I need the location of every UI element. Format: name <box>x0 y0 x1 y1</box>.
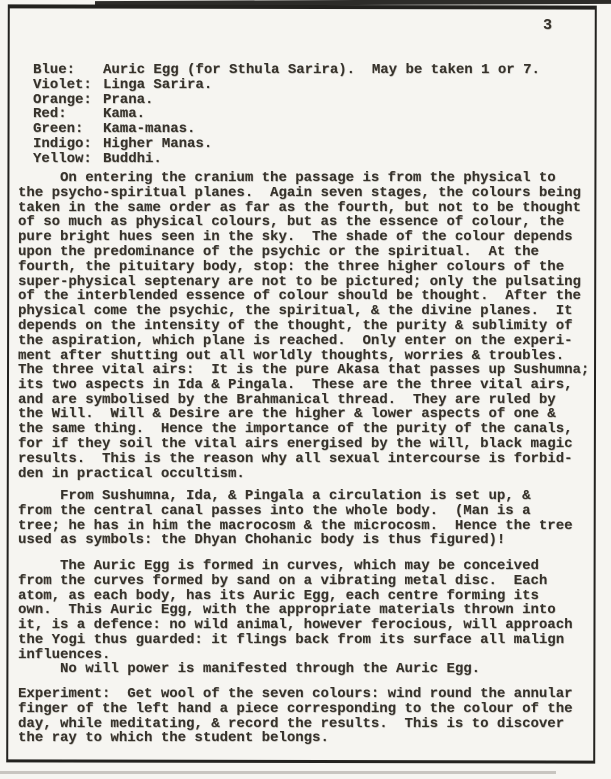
paragraph-cranium-passage: On entering the cranium the passage is f… <box>18 171 581 363</box>
color-key-row: Green:Kama-manas. <box>18 122 540 137</box>
color-key-row: Blue:Auric Egg (for Sthula Sarira). May … <box>18 63 540 78</box>
color-key-row: Indigo:Higher Manas. <box>18 137 540 152</box>
color-key-list: Blue:Auric Egg (for Sthula Sarira). May … <box>18 63 540 167</box>
color-key-row: Violet:Linga Sarira. <box>18 78 540 93</box>
color-key-row: Yellow:Buddhi. <box>18 152 540 167</box>
color-key-value: Auric Egg (for Sthula Sarira). May be ta… <box>103 63 540 78</box>
color-key-label: Green: <box>33 122 103 137</box>
paragraph-experiment: Experiment: Get wool of the seven colour… <box>18 687 573 746</box>
color-key-label: Violet: <box>33 78 103 93</box>
color-key-row: Orange:Prana. <box>18 93 540 108</box>
paragraph-three-vital-airs: The three vital airs: It is the pure Aka… <box>18 363 589 481</box>
color-key-value: Kama. <box>103 107 145 122</box>
color-key-value: Kama-manas. <box>103 122 195 137</box>
color-key-label: Indigo: <box>33 137 103 152</box>
color-key-value: Buddhi. <box>103 152 162 167</box>
scanned-page: 3 Blue:Auric Egg (for Sthula Sarira). Ma… <box>0 0 611 779</box>
color-key-row: Red:Kama. <box>18 107 540 122</box>
page-number: 3 <box>543 19 552 34</box>
paragraph-no-will-power: No will power is manifested through the … <box>18 662 480 677</box>
paragraph-auric-egg-curves: The Auric Egg is formed in curves, which… <box>18 559 573 663</box>
color-key-value: Prana. <box>103 93 153 108</box>
scan-edge-artifact-bottom <box>0 771 556 774</box>
color-key-value: Linga Sarira. <box>103 78 212 93</box>
paragraph-circulation: From Sushumna, Ida, & Pingala a circulat… <box>18 489 573 548</box>
color-key-label: Yellow: <box>33 152 103 167</box>
color-key-value: Higher Manas. <box>103 137 212 152</box>
color-key-label: Blue: <box>33 63 103 78</box>
color-key-label: Red: <box>33 107 103 122</box>
